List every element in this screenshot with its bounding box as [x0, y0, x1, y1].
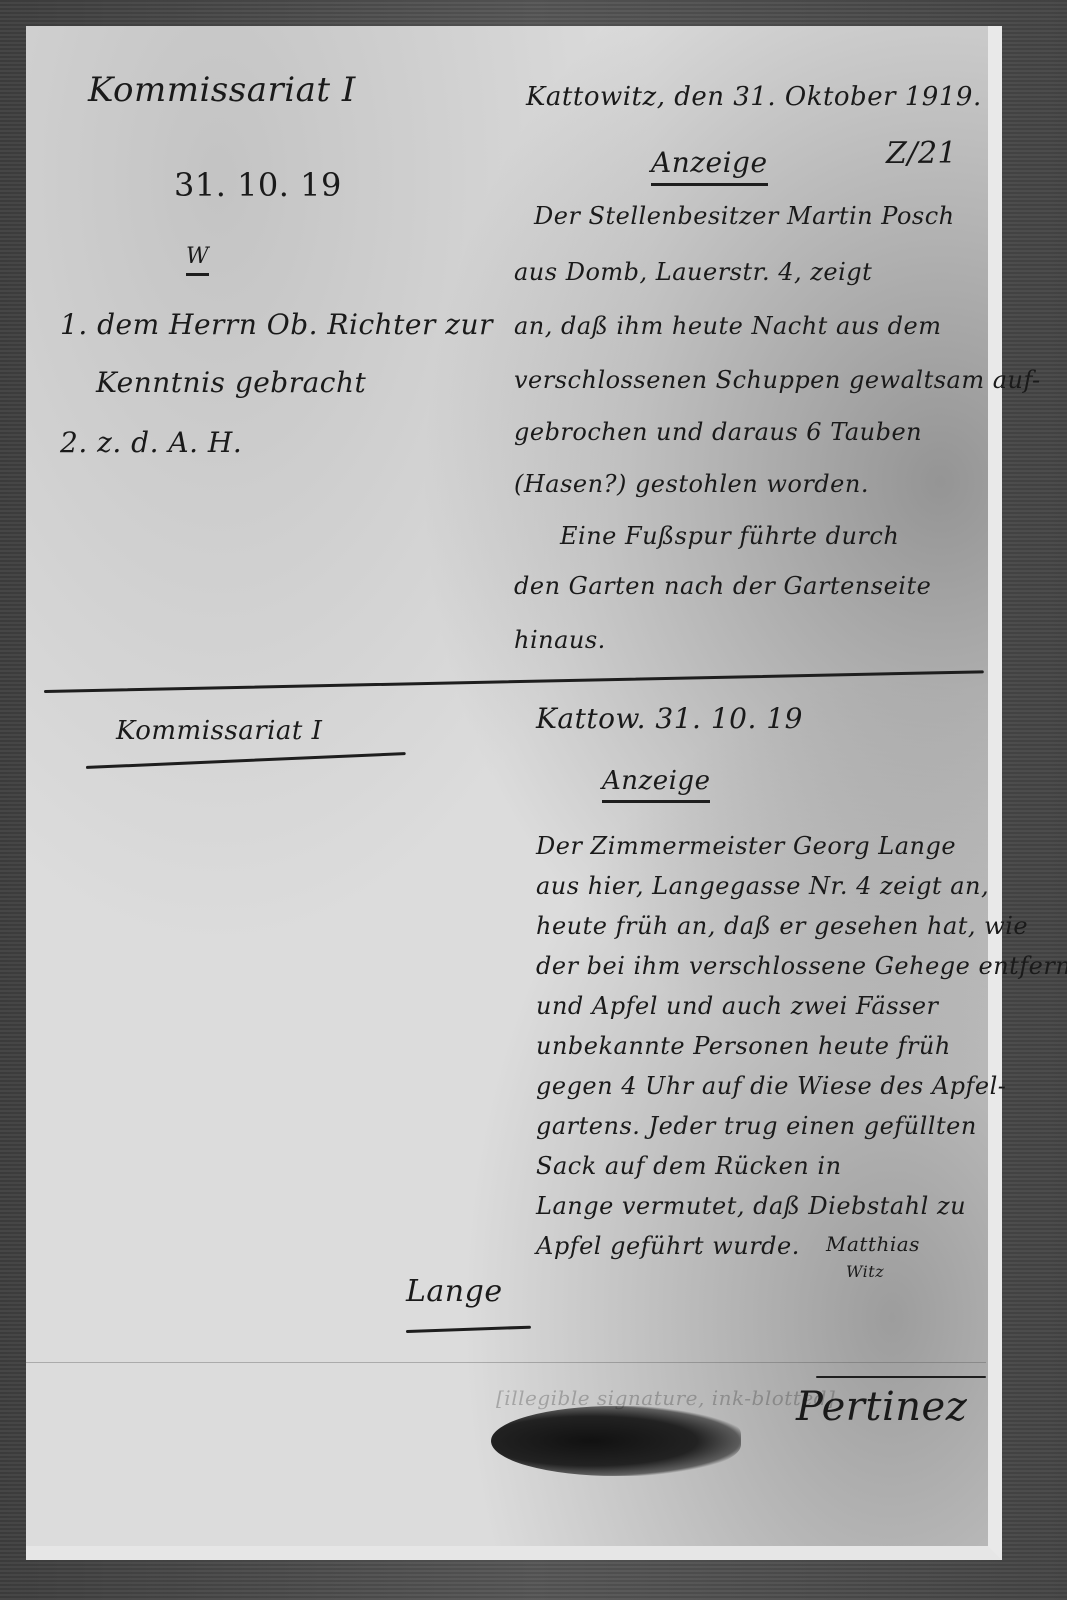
- bottom-right-place-date: Kattow. 31. 10. 19: [536, 702, 803, 735]
- ink-blot: [491, 1406, 741, 1476]
- body-line: verschlossenen Schuppen gewaltsam auf-: [514, 366, 1041, 394]
- section-divider: [44, 670, 984, 693]
- signature-overline: [816, 1376, 986, 1378]
- body-line: an, daß ihm heute Nacht aus dem: [514, 312, 941, 340]
- body-line: den Garten nach der Gartenseite: [514, 572, 931, 600]
- body-line: der bei ihm verschlossene Gehege entfern…: [536, 952, 1067, 980]
- body-line: gegen 4 Uhr auf die Wiese des Apfel-: [536, 1072, 1006, 1100]
- signature: Pertinez: [796, 1384, 967, 1430]
- body-line: und Apfel und auch zwei Fässer: [536, 992, 939, 1020]
- top-left-note-line: 2. z. d. A. H.: [60, 426, 242, 459]
- body-line: gartens. Jeder trug einen gefüllten: [536, 1112, 977, 1140]
- body-line: Der Zimmermeister Georg Lange: [536, 832, 956, 860]
- bottom-left-heading: Kommissariat I: [116, 716, 322, 746]
- top-left-note-line: 1. dem Herrn Ob. Richter zur: [60, 308, 493, 341]
- top-left-mark: W: [186, 244, 209, 276]
- body-line: unbekannte Personen heute früh: [536, 1032, 951, 1060]
- body-line: Der Stellenbesitzer Martin Posch: [534, 202, 955, 230]
- ruled-line: [26, 1362, 986, 1363]
- small-signature: Matthias: [826, 1232, 920, 1256]
- body-line: Apfel geführt wurde.: [536, 1232, 800, 1260]
- top-left-heading: Kommissariat I: [88, 70, 356, 110]
- top-right-place-date: Kattowitz, den 31. Oktober 1919.: [526, 82, 982, 112]
- body-line: hinaus.: [514, 626, 606, 654]
- body-line: aus Domb, Lauerstr. 4, zeigt: [514, 258, 872, 286]
- heading-underline: [86, 752, 406, 769]
- top-right-corner-mark: Z/21: [886, 136, 957, 171]
- body-line: (Hasen?) gestohlen worden.: [514, 470, 869, 498]
- bottom-right-title: Anzeige: [602, 766, 710, 803]
- body-line: gebrochen und daraus 6 Tauben: [514, 418, 922, 446]
- signature-blotted: [illegible signature, ink-blotted]: [496, 1386, 835, 1410]
- top-left-date: 31. 10. 19: [174, 166, 342, 204]
- body-line: Sack auf dem Rücken in: [536, 1152, 842, 1180]
- initials-underline: [406, 1326, 531, 1333]
- body-line: aus hier, Langegasse Nr. 4 zeigt an,: [536, 872, 989, 900]
- body-line: Eine Fußspur führte durch: [560, 522, 899, 550]
- top-right-title: Anzeige: [651, 146, 768, 186]
- bottom-left-initials: Lange: [406, 1274, 503, 1309]
- body-line: heute früh an, daß er gesehen hat, wie: [536, 912, 1028, 940]
- top-left-note-line: Kenntnis gebracht: [96, 366, 366, 399]
- body-line: Lange vermutet, daß Diebstahl zu: [536, 1192, 966, 1220]
- small-signature-2: Witz: [846, 1262, 884, 1281]
- document-page: Kommissariat I 31. 10. 19 W 1. dem Herrn…: [26, 26, 1002, 1560]
